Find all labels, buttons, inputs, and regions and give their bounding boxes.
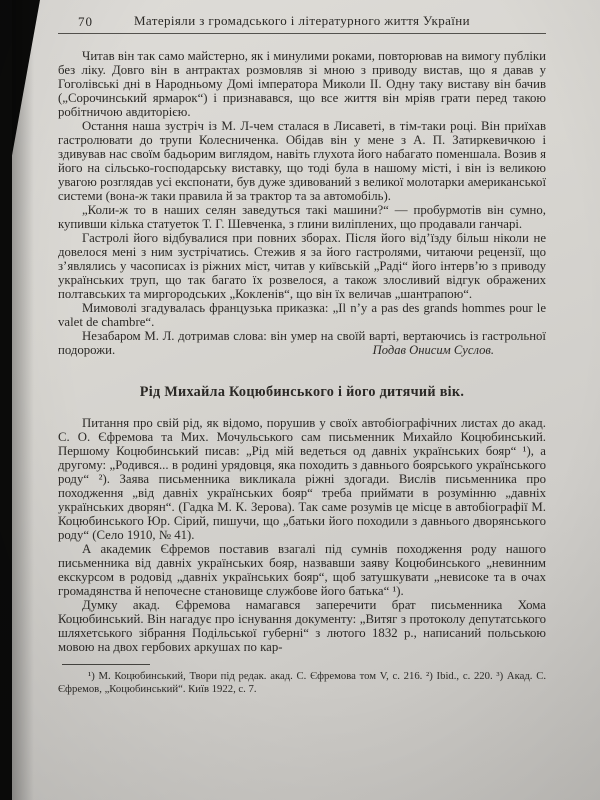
paragraph: „Коли-ж то в наших селян заведуться такі…: [58, 203, 546, 231]
article-kotsiubynsky: Рід Михайла Коцюбинського і його дитячий…: [58, 384, 546, 654]
book-edge-shadow: [12, 0, 34, 800]
paragraph: Думку акад. Єфремова намагався заперечит…: [58, 598, 546, 654]
page-number: 70: [78, 14, 93, 30]
scanned-page: 70 Матеріяли з громадського і літературн…: [0, 0, 600, 800]
article-title: Рід Михайла Коцюбинського і його дитячий…: [58, 384, 546, 401]
page-content: 70 Матеріяли з громадського і літературн…: [58, 0, 546, 707]
article-gastroli: Читав він так само майстерно, як і минул…: [58, 49, 546, 357]
paragraph: Читав він так само майстерно, як і минул…: [58, 49, 546, 119]
paragraph: Остання наша зустріч із М. Л-чем сталася…: [58, 119, 546, 203]
footnote-rule: [62, 664, 150, 665]
paragraph: Гастролі його відбувалися при повних збо…: [58, 231, 546, 301]
paragraph: Питання про свій рід, як відомо, порушив…: [58, 416, 546, 542]
header-rule: [58, 33, 546, 34]
running-title: Матеріяли з громадського і літературного…: [58, 13, 546, 29]
paragraph: А академик Єфремов поставив взагалі під …: [58, 542, 546, 598]
running-header: 70 Матеріяли з громадського і літературн…: [58, 13, 546, 30]
footnotes-text: ¹) М. Коцюбинський, Твори під редак. ака…: [58, 670, 546, 696]
byline: Подав Онисим Суслов.: [58, 343, 546, 357]
paragraph: Мимоволі згадувалась французька приказка…: [58, 301, 546, 329]
